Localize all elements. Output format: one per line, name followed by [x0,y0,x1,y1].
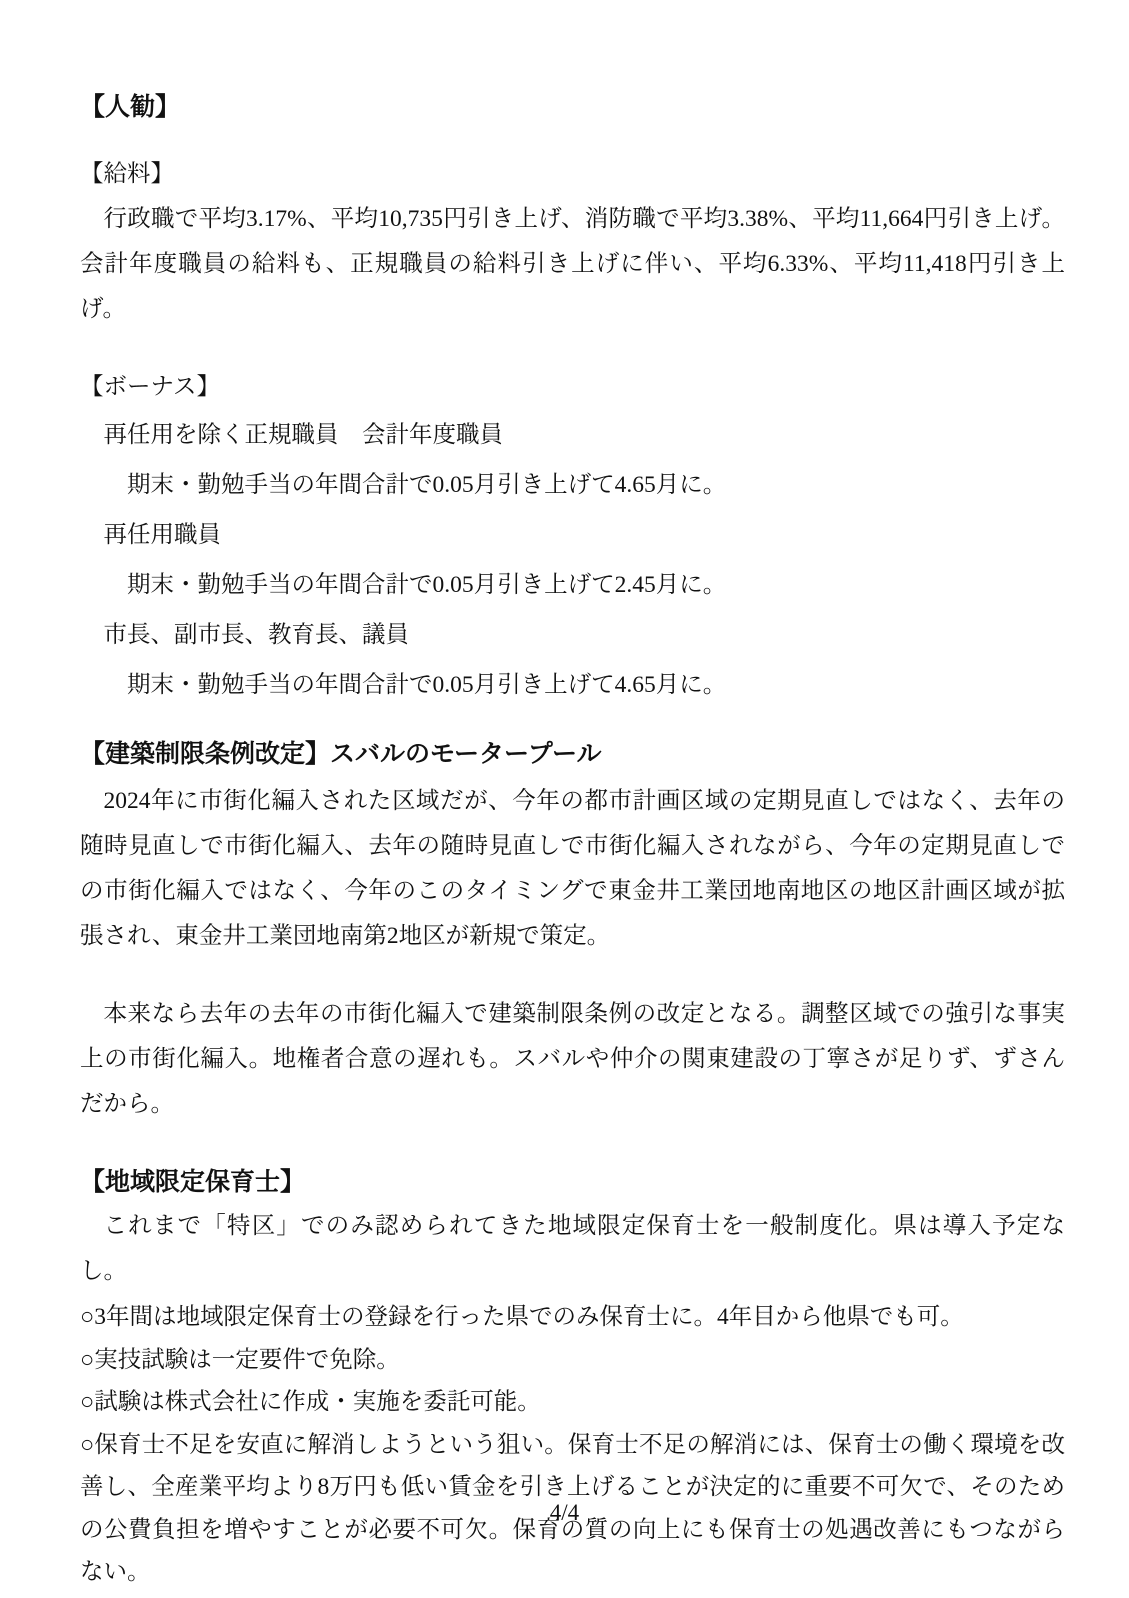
document-page: 【人勧】 【給料】 行政職で平均3.17%、平均10,735円引き上げ、消防職で… [0,0,1129,1598]
section-heading-kenchiku: 【建築制限条例改定】スバルのモータープール [80,739,1065,769]
page-number: 4/4 [0,1498,1129,1528]
paragraph-kenchiku-2: 本来なら去年の去年の市街化編入で建築制限条例の改定となる。調整区域での強引な事実… [80,992,1065,1127]
bonus-lines: 再任用を除く正規職員 会計年度職員 期末・勤勉手当の年間合計で0.05月引き上げ… [80,410,1065,710]
paragraph-kyuryo: 行政職で平均3.17%、平均10,735円引き上げ、消防職で平均3.38%、平均… [80,197,1065,332]
bullet-item: ○3年間は地域限定保育士の登録を行った県でのみ保育士に。4年目から他県でも可。 [80,1296,1065,1339]
bonus-line: 再任用を除く正規職員 会計年度職員 [80,410,1065,460]
section-heading-jinkan: 【人勧】 [80,92,1065,122]
document-content: 【人勧】 【給料】 行政職で平均3.17%、平均10,735円引き上げ、消防職で… [80,0,1065,1594]
bullet-item: ○実技試験は一定要件で免除。 [80,1339,1065,1382]
bonus-line: 期末・勤勉手当の年間合計で0.05月引き上げて4.65月に。 [80,660,1065,710]
paragraph-hoikushi-intro: これまで「特区」でのみ認められてきた地域限定保育士を一般制度化。県は導入予定なし… [80,1204,1065,1294]
bullet-item: ○試験は株式会社に作成・実施を委託可能。 [80,1381,1065,1424]
subsection-heading-bonus: 【ボーナス】 [80,365,1065,410]
bonus-line: 再任用職員 [80,510,1065,560]
hoikushi-bullet-list: ○3年間は地域限定保育士の登録を行った県でのみ保育士に。4年目から他県でも可。 … [80,1296,1065,1594]
section-heading-hoikushi: 【地域限定保育士】 [80,1167,1065,1197]
paragraph-kenchiku-1: 2024年に市街化編入された区域だが、今年の都市計画区域の定期見直しではなく、去… [80,779,1065,959]
subsection-heading-kyuryo: 【給料】 [80,152,1065,197]
bonus-line: 期末・勤勉手当の年間合計で0.05月引き上げて4.65月に。 [80,460,1065,510]
bonus-line: 期末・勤勉手当の年間合計で0.05月引き上げて2.45月に。 [80,560,1065,610]
bonus-line: 市長、副市長、教育長、議員 [80,610,1065,660]
